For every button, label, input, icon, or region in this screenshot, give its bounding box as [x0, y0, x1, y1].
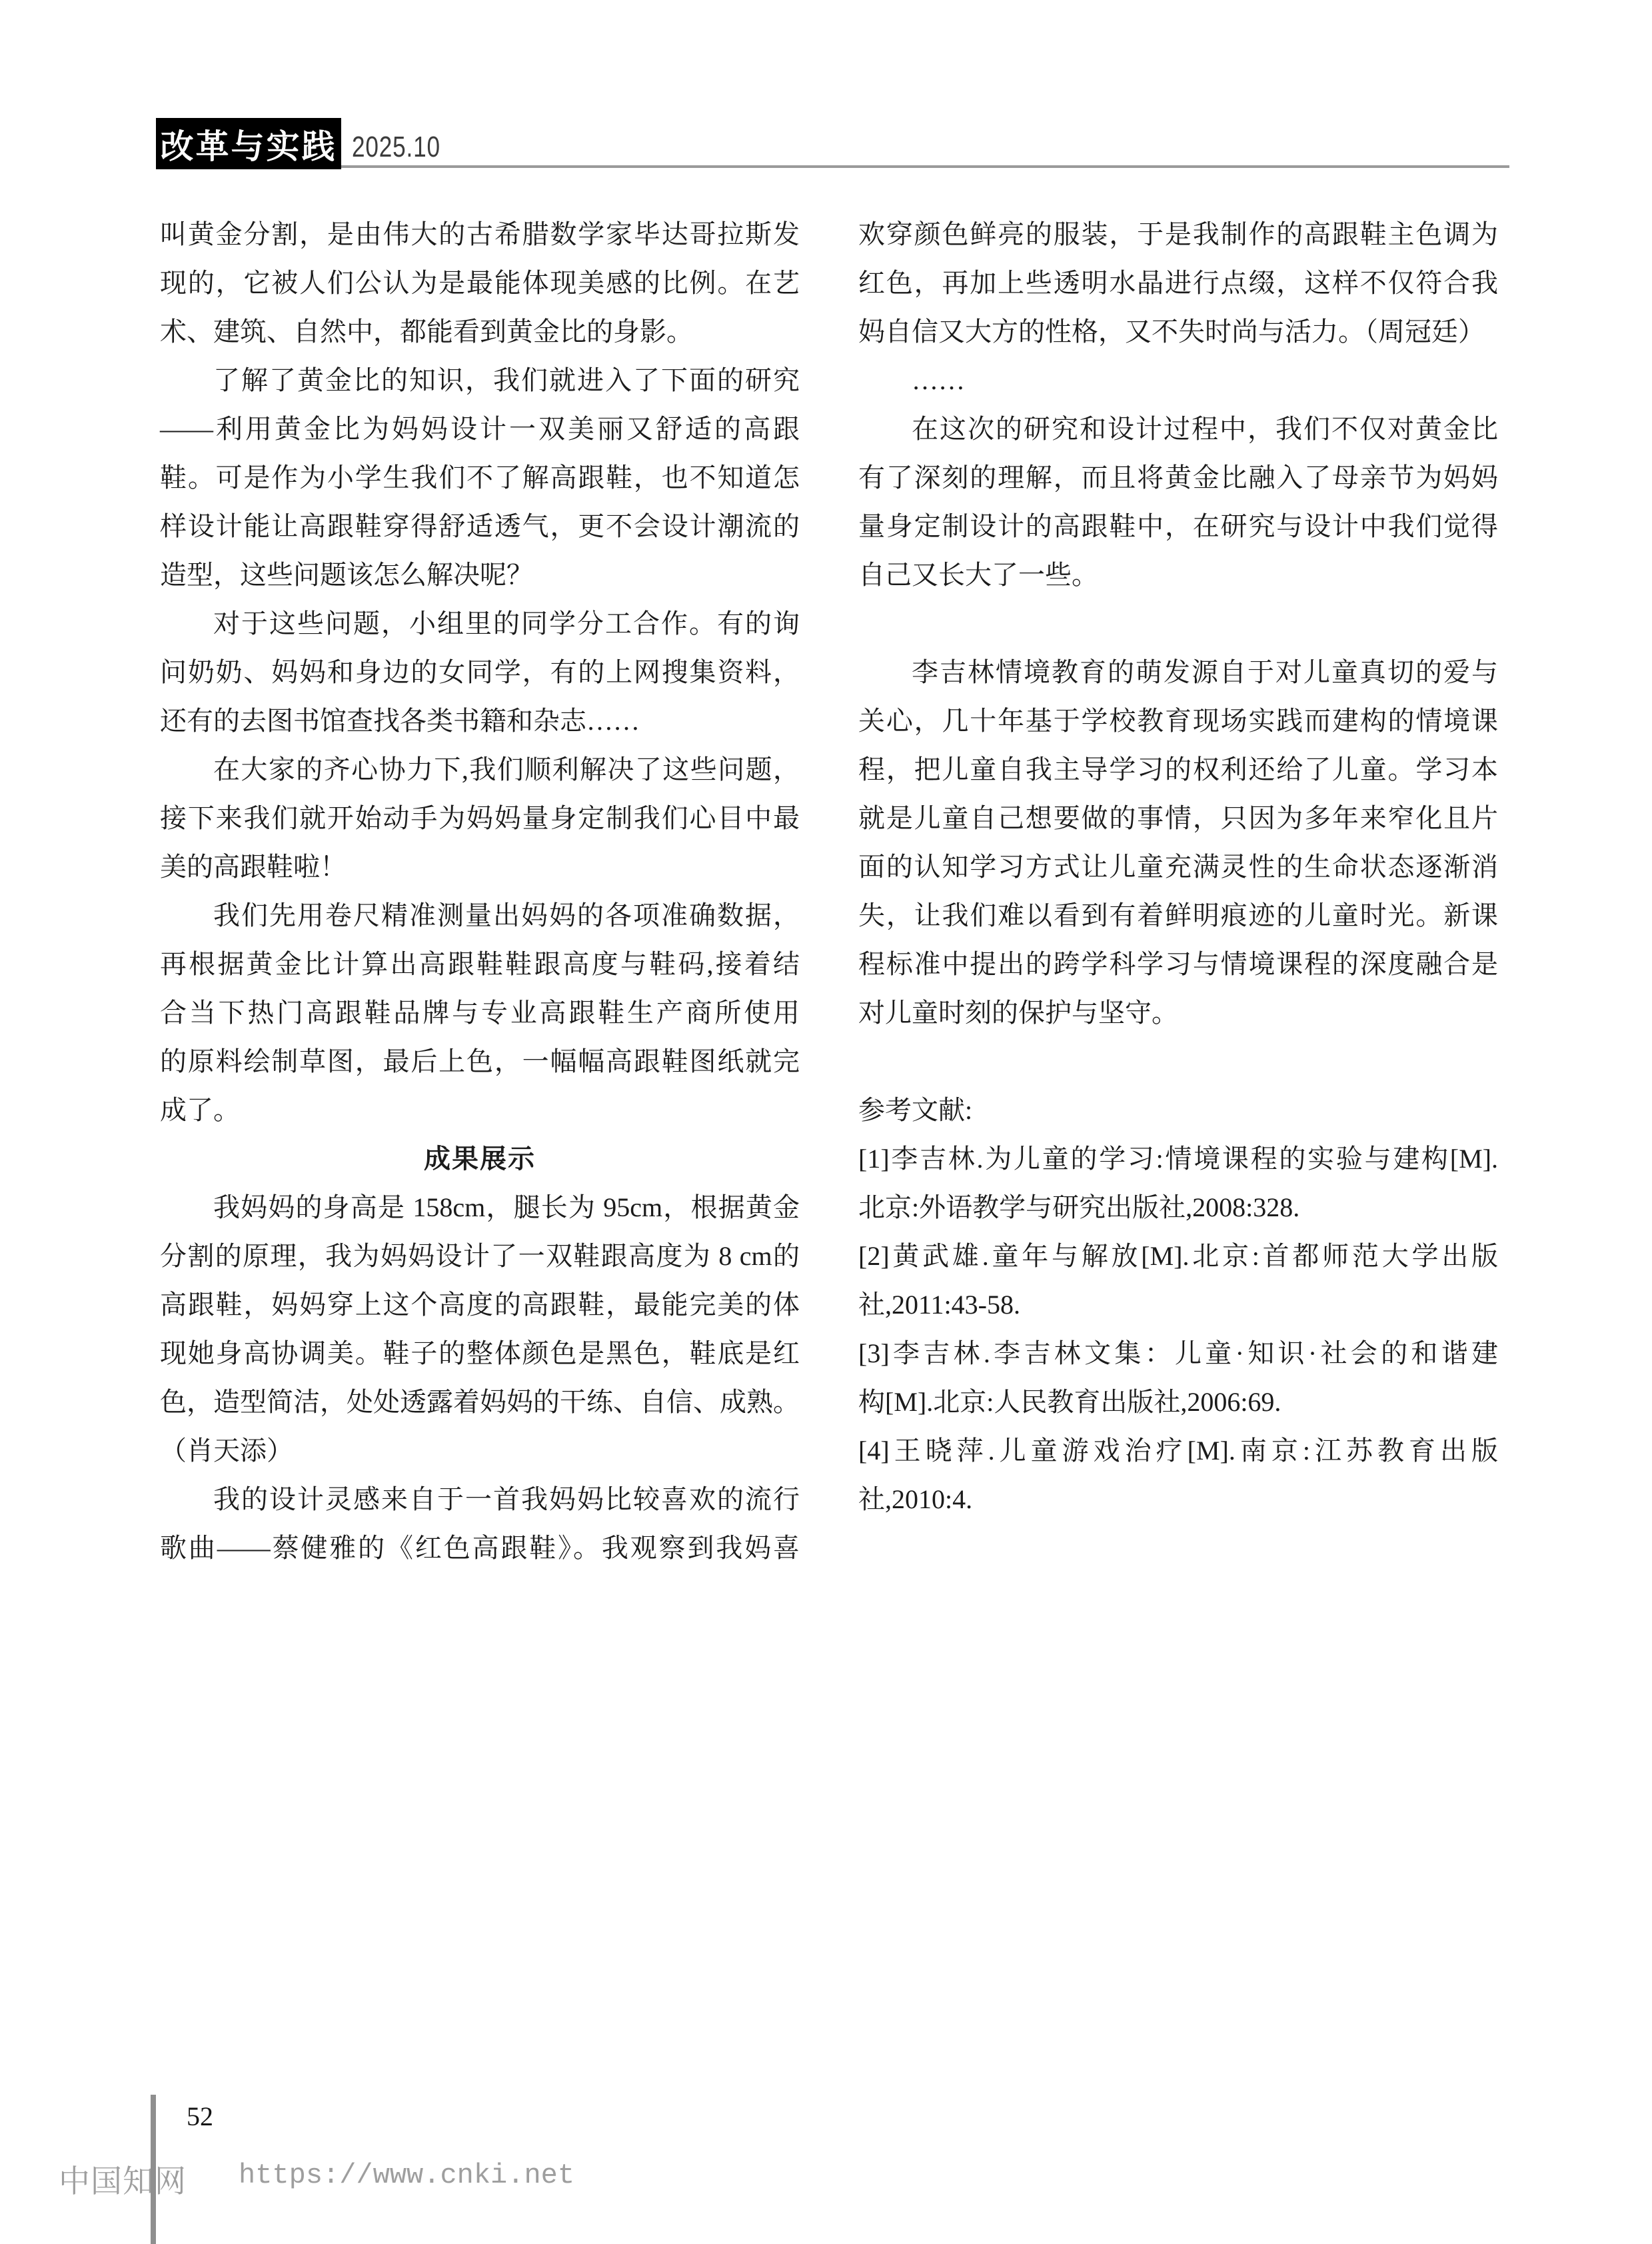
text-line: 在这次的研究和设计过程中，我们不仅对黄金比 [858, 405, 1498, 453]
page-number: 52 [187, 2101, 213, 2132]
text-line: 面的认知学习方式让儿童充满灵性的生命状态逐渐消 [858, 842, 1498, 891]
header-rule [341, 165, 1509, 168]
text-line: 量身定制设计的高跟鞋中，在研究与设计中我们觉得 [858, 502, 1498, 551]
text-line: 现她身高协调美。鞋子的整体颜色是黑色，鞋底是红 [160, 1329, 800, 1378]
text-line: 成了。 [160, 1086, 800, 1134]
cnki-watermark-name: 中国知网 [59, 2157, 187, 2201]
text-line: 再根据黄金比计算出高跟鞋鞋跟高度与鞋码,接着结 [160, 940, 800, 988]
text-line: 欢穿颜色鲜亮的服装，于是我制作的高跟鞋主色调为 [858, 210, 1498, 259]
text-line: 美的高跟鞋啦！ [160, 842, 800, 891]
text-line: 自己又长大了一些。 [858, 551, 1498, 599]
text-line: 的原料绘制草图，最后上色，一幅幅高跟鞋图纸就完 [160, 1037, 800, 1086]
text-line: 社,2011:43-58. [858, 1280, 1498, 1329]
text-line: （肖天添） [160, 1426, 800, 1475]
text-line: 造型，这些问题该怎么解决呢？ [160, 551, 800, 599]
text-line: 鞋。可是作为小学生我们不了解高跟鞋，也不知道怎 [160, 453, 800, 502]
text-line: 程，把儿童自我主导学习的权利还给了儿童。学习本 [858, 745, 1498, 794]
text-line: 问奶奶、妈妈和身边的女同学，有的上网搜集资料， [160, 648, 800, 696]
text-line: [1]李吉林.为儿童的学习:情境课程的实验与建构[M]. [858, 1134, 1498, 1183]
text-line: 对儿童时刻的保护与坚守。 [858, 988, 1498, 1037]
text-line: 李吉林情境教育的萌发源自于对儿童真切的爱与 [858, 648, 1498, 696]
text-line: 北京:外语教学与研究出版社,2008:328. [858, 1183, 1498, 1232]
text-line: 接下来我们就开始动手为妈妈量身定制我们心目中最 [160, 794, 800, 842]
text-line: 样设计能让高跟鞋穿得舒适透气，更不会设计潮流的 [160, 502, 800, 551]
text-line: 高跟鞋，妈妈穿上这个高度的高跟鞋，最能完美的体 [160, 1280, 800, 1329]
journal-title: 改革与实践 [161, 120, 337, 168]
text-line: 还有的去图书馆查找各类书籍和杂志…… [160, 696, 800, 745]
text-line: …… [858, 356, 1498, 405]
text-line: 在大家的齐心协力下,我们顺利解决了这些问题， [160, 745, 800, 794]
text-line: 社,2010:4. [858, 1475, 1498, 1524]
text-line: 构[M].北京:人民教育出版社,2006:69. [858, 1378, 1498, 1426]
cnki-watermark-url: https://www.cnki.net [239, 2159, 574, 2191]
text-line: 程标准中提出的跨学科学习与情境课程的深度融合是 [858, 940, 1498, 988]
text-line: [2]黄武雄.童年与解放[M].北京:首都师范大学出版 [858, 1232, 1498, 1280]
text-line: [4]王晓萍.儿童游戏治疗[M].南京:江苏教育出版 [858, 1426, 1498, 1475]
text-line: [3]李吉林.李吉林文集：儿童·知识·社会的和谐建 [858, 1329, 1498, 1378]
issue-number: 2025.10 [352, 131, 440, 164]
text-line: 有了深刻的理解，而且将黄金比融入了母亲节为妈妈 [858, 453, 1498, 502]
blank-line [858, 1037, 1498, 1086]
text-line: 失，让我们难以看到有着鲜明痕迹的儿童时光。新课 [858, 891, 1498, 940]
journal-title-box: 改革与实践 [156, 118, 341, 169]
footer-rule [151, 2095, 156, 2244]
text-line: 色，造型简洁，处处透露着妈妈的干练、自信、成熟。 [160, 1378, 800, 1426]
text-line: 分割的原理，我为妈妈设计了一双鞋跟高度为 8 cm的 [160, 1232, 800, 1280]
section-heading: 成果展示 [160, 1134, 800, 1183]
text-line: 红色，再加上些透明水晶进行点缀，这样不仅符合我 [858, 259, 1498, 307]
text-line: 了解了黄金比的知识，我们就进入了下面的研究 [160, 356, 800, 405]
text-line: 妈自信又大方的性格，又不失时尚与活力。（周冠廷） [858, 307, 1498, 356]
text-line: 就是儿童自己想要做的事情，只因为多年来窄化且片 [858, 794, 1498, 842]
text-line: 关心，几十年基于学校教育现场实践而建构的情境课 [858, 696, 1498, 745]
right-column: 欢穿颜色鲜亮的服装，于是我制作的高跟鞋主色调为红色，再加上些透明水晶进行点缀，这… [858, 210, 1498, 1524]
journal-page: 改革与实践 2025.10 叫黄金分割，是由伟大的古希腊数学家毕达哥拉斯发现的，… [0, 0, 1652, 2244]
text-line: 我妈妈的身高是 158cm，腿长为 95cm，根据黄金 [160, 1183, 800, 1232]
left-column: 叫黄金分割，是由伟大的古希腊数学家毕达哥拉斯发现的，它被人们公认为是最能体现美感… [160, 210, 800, 1572]
blank-line [858, 599, 1498, 648]
text-line: 对于这些问题，小组里的同学分工合作。有的询 [160, 599, 800, 648]
text-line: 歌曲——蔡健雅的《红色高跟鞋》。我观察到我妈喜 [160, 1524, 800, 1572]
text-line: 现的，它被人们公认为是最能体现美感的比例。在艺 [160, 259, 800, 307]
text-line: 参考文献: [858, 1086, 1498, 1134]
text-line: 术、建筑、自然中，都能看到黄金比的身影。 [160, 307, 800, 356]
text-line: 合当下热门高跟鞋品牌与专业高跟鞋生产商所使用 [160, 988, 800, 1037]
text-line: 叫黄金分割，是由伟大的古希腊数学家毕达哥拉斯发 [160, 210, 800, 259]
text-line: ——利用黄金比为妈妈设计一双美丽又舒适的高跟 [160, 405, 800, 453]
text-line: 我的设计灵感来自于一首我妈妈比较喜欢的流行 [160, 1475, 800, 1524]
text-line: 我们先用卷尺精准测量出妈妈的各项准确数据， [160, 891, 800, 940]
